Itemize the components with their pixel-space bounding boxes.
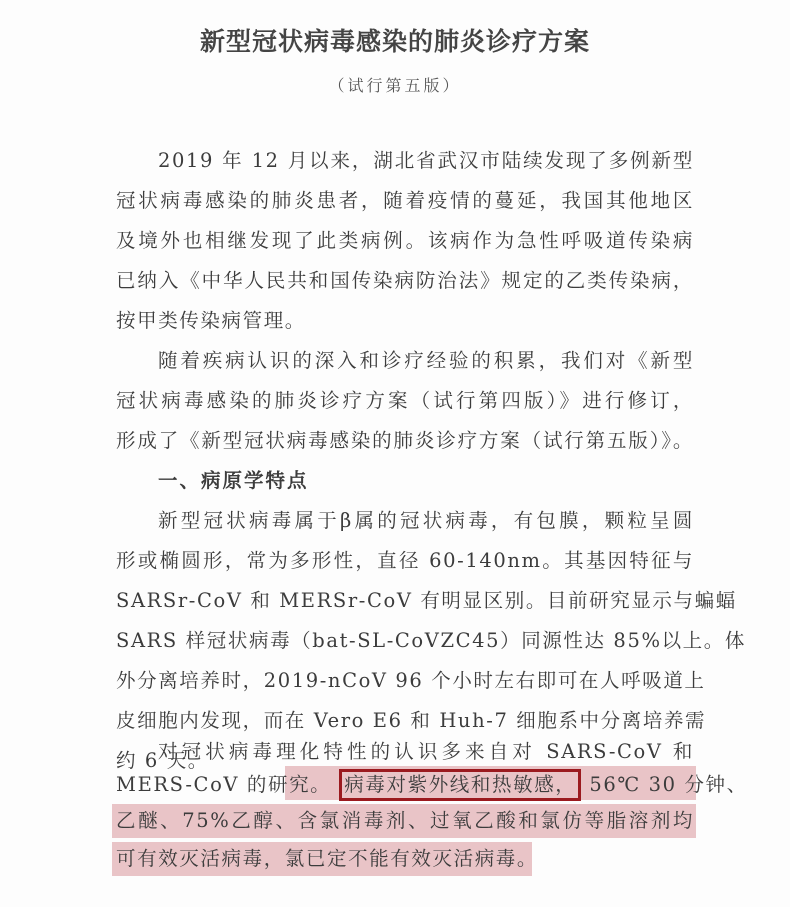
paragraph-1-line: 冠状病毒感染的肺炎患者，随着疫情的蔓延，我国其他地区	[116, 186, 694, 216]
paragraph-4-line: 乙醚、75%乙醇、含氯消毒剂、过氧乙酸和氯仿等脂溶剂均	[116, 806, 694, 836]
paragraph-1-line: 已纳入《中华人民共和国传染病防治法》规定的乙类传染病，	[116, 266, 694, 296]
paragraph-3-line: 形或椭圆形，常为多形性，直径 60-140nm。其基因特征与	[116, 546, 694, 576]
paragraph-4-line: 可有效灭活病毒，氯已定不能有效灭活病毒。	[116, 844, 694, 874]
paragraph-2-line: 冠状病毒感染的肺炎诊疗方案（试行第四版）》进行修订，	[116, 386, 694, 416]
document-page: 新型冠状病毒感染的肺炎诊疗方案 （试行第五版） 2019 年 12 月以来，湖北…	[0, 0, 790, 907]
paragraph-3-line: 外分离培养时，2019-nCoV 96 个小时左右即可在人呼吸道上	[116, 666, 694, 696]
paragraph-1-line: 按甲类传染病管理。	[116, 306, 694, 336]
paragraph-2-line: 形成了《新型冠状病毒感染的肺炎诊疗方案（试行第五版）》。	[116, 426, 694, 456]
paragraph-3-line: SARS 样冠状病毒（bat-SL-CoVZC45）同源性达 85%以上。体	[116, 626, 694, 656]
paragraph-4-line: MERS-CoV 的研究。 病毒对紫外线和热敏感， 56℃ 30 分钟、	[116, 769, 694, 801]
paragraph-4-line: 对冠状病毒理化特性的认识多来自对 SARS-CoV 和	[158, 737, 694, 767]
section-heading: 一、病原学特点	[158, 466, 694, 496]
document-title: 新型冠状病毒感染的肺炎诊疗方案	[0, 22, 790, 58]
paragraph-3-line: SARSr-CoV 和 MERSr-CoV 有明显区别。目前研究显示与蝙蝠	[116, 586, 694, 616]
paragraph-4-plain-text: MERS-CoV 的研究。	[116, 770, 331, 800]
paragraph-1-line: 及境外也相继发现了此类病例。该病作为急性呼吸道传染病	[116, 226, 694, 256]
paragraph-3-line: 皮细胞内发现，而在 Vero E6 和 Huh-7 细胞系中分离培养需	[116, 706, 694, 736]
paragraph-2-line: 随着疾病认识的深入和诊疗经验的积累，我们对《新型	[158, 346, 694, 376]
paragraph-1-line: 2019 年 12 月以来，湖北省武汉市陆续发现了多例新型	[158, 146, 694, 176]
paragraph-4-rest-text: 56℃ 30 分钟、	[589, 770, 747, 800]
paragraph-3-line: 新型冠状病毒属于β属的冠状病毒，有包膜，颗粒呈圆	[158, 506, 694, 536]
document-subtitle: （试行第五版）	[0, 73, 790, 96]
boxed-highlight-text: 病毒对紫外线和热敏感，	[339, 769, 581, 801]
